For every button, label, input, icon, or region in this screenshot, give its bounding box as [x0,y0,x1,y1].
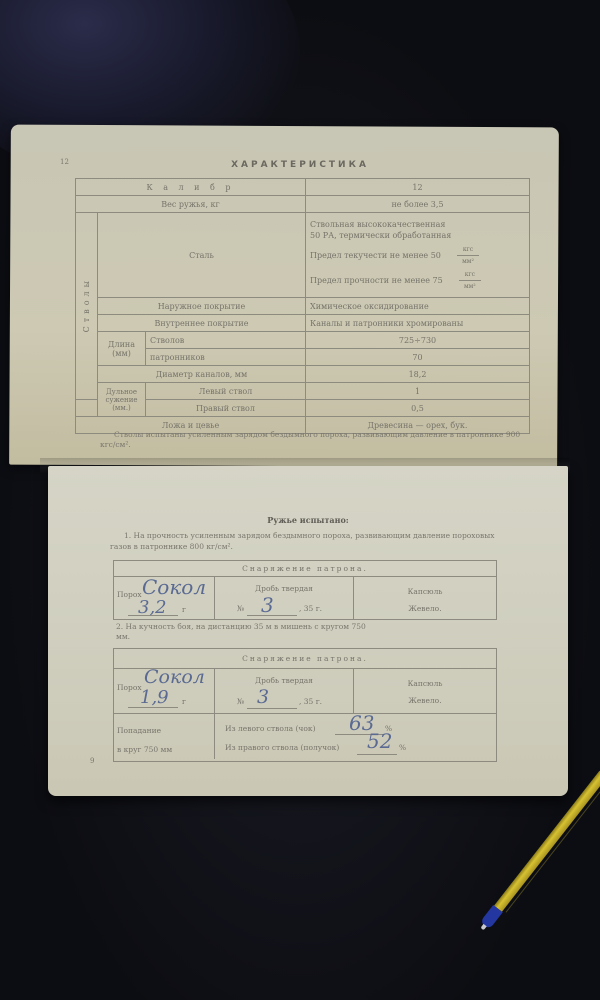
yield-row: Предел текучести не менее 50 кгс мм² [310,244,525,267]
hits-label-cell: Попадание в круг 750 мм [114,714,215,759]
barrel-length-label: Стволов [146,332,306,349]
hits-label-line2: в круг 750 мм [117,745,214,754]
weight-label: Вес ружья, кг [76,196,306,213]
outer-coating-value: Химическое оксидирование [306,298,530,315]
strength-label: Предел прочности не менее 75 [310,275,443,286]
steel-value: Ствольная высококачественная 50 РА, терм… [306,213,530,298]
table-row: Диаметр каналов, мм 18,2 [76,366,530,383]
top-footnote: Стволы испытаны усиленным зарядом бездым… [100,430,530,450]
bore-diameter-value: 18,2 [306,366,530,383]
weight-value: не более 3,5 [306,196,530,213]
test1-text: 1. На прочность усиленным зарядом бездым… [110,530,500,552]
table-row: Стволы Сталь Ствольная высококачественна… [76,213,530,298]
right-barrel-label: Из правого ствола (получок) [225,743,339,752]
table-row: Наружное покрытие Химическое оксидирован… [76,298,530,315]
powder-cell: Порох Сокол 3,2 г [114,577,215,620]
shot-weight: , 35 г. [299,697,322,706]
bottom-page-number: 9 [90,757,94,765]
primer-value: Жевело. [354,696,496,705]
pen-point-icon [480,924,486,930]
choke-left-value: 1 [306,383,530,400]
card-body-row: Порох Сокол 3,2 г Дробь твердая № 3 , 35… [114,577,496,620]
hits-row: Попадание в круг 750 мм Из левого ствола… [114,714,496,759]
shot-cell: Дробь твердая № 3 , 35 г. [215,577,354,620]
strength-unit: кгс мм² [459,269,481,292]
steel-line1: Ствольная высококачественная [310,219,525,230]
page-title: ХАРАКТЕРИСТИКА [0,160,600,170]
shot-label: Дробь твердая [215,584,353,593]
length-label: Длина (мм) [98,332,146,366]
inner-coating-value: Каналы и патронники хромированы [306,315,530,332]
chamber-length-label: патронников [146,349,306,366]
shot-prefix: № [237,604,244,613]
table-row: К а л и б р 12 [76,179,530,196]
unit-denominator: мм² [457,256,479,267]
primer-cell: Капсюль Жевело. [354,669,496,713]
powder-cell: Порох Сокол 1,9 г [114,669,215,713]
chamber-length-value: 70 [306,349,530,366]
barrels-group-cell: Стволы [76,213,98,400]
primer-cell: Капсюль Жевело. [354,577,496,620]
strength-row: Предел прочности не менее 75 кгс мм² [310,269,525,292]
powder-handwritten: Сокол [142,575,206,599]
shot-cell: Дробь твердая № 3 , 35 г. [215,669,354,713]
left-barrel-label: Из левого ствола (чок) [225,724,316,733]
unit-numerator: кгс [457,244,479,256]
outer-coating-label: Наружное покрытие [98,298,306,315]
shot-prefix: № [237,697,244,706]
steel-line2: 50 РА, термически обработанная [310,230,525,241]
hits-label-line1: Попадание [117,726,214,735]
section-heading: Ружье испытано: [48,515,568,525]
steel-label: Сталь [98,213,306,298]
shot-handwritten: 3 [257,686,269,708]
shot-label: Дробь твердая [215,676,353,685]
specs-table: К а л и б р 12 Вес ружья, кг не более 3,… [75,178,530,434]
right-barrel-handwritten: 52 [367,729,392,753]
table-row: Длина (мм) Стволов 725÷730 [76,332,530,349]
barrel-length-value: 725÷730 [306,332,530,349]
caliber-label: К а л и б р [76,179,306,196]
choke-right-label: Правый ствол [146,400,306,417]
unit-denominator: мм² [459,281,481,292]
table-row: Дульное сужение (мм.) Левый ствол 1 [76,383,530,400]
inner-coating-label: Внутреннее покрытие [98,315,306,332]
right-barrel-underline [357,754,397,755]
card-header: Снаряжение патрона. [114,561,496,576]
bore-diameter-label: Диаметр каналов, мм [98,366,306,383]
caliber-value: 12 [306,179,530,196]
powder-label: Порох [117,683,142,692]
powder-handwritten: Сокол [144,666,205,688]
grams-suffix: г [182,605,186,614]
primer-value: Жевело. [354,604,496,613]
test2-cartridge-card: Снаряжение патрона. Порох Сокол 1,9 г Др… [113,648,497,762]
shot-underline [247,708,297,709]
grams-suffix: г [182,697,186,706]
card-body-row: Порох Сокол 1,9 г Дробь твердая № 3 , 35… [114,669,496,714]
shot-weight: , 35 г. [299,604,322,613]
unit-numerator: кгс [459,269,481,281]
choke-right-value: 0,5 [306,400,530,417]
powder-grams-handwritten: 1,9 [140,687,169,708]
yield-unit: кгс мм² [457,244,479,267]
table-row: Вес ружья, кг не более 3,5 [76,196,530,213]
shot-handwritten: 3 [261,593,274,617]
choke-left-label: Левый ствол [146,383,306,400]
test1-cartridge-card: Снаряжение патрона. Порох Сокол 3,2 г Др… [113,560,497,620]
hits-values-cell: Из левого ствола (чок) 63 % Из правого с… [215,714,496,759]
table-row: Внутреннее покрытие Каналы и патронники … [76,315,530,332]
percent-suffix: % [399,743,406,752]
yield-label: Предел текучести не менее 50 [310,250,441,261]
barrels-group-label: Стволы [82,277,91,332]
primer-label: Капсюль [354,587,496,596]
test2-text: 2. На кучность боя, на дистанцию 35 м в … [116,622,376,642]
choke-label: Дульное сужение (мм.) [98,383,146,417]
powder-grams-handwritten: 3,2 [138,597,167,618]
primer-label: Капсюль [354,679,496,688]
